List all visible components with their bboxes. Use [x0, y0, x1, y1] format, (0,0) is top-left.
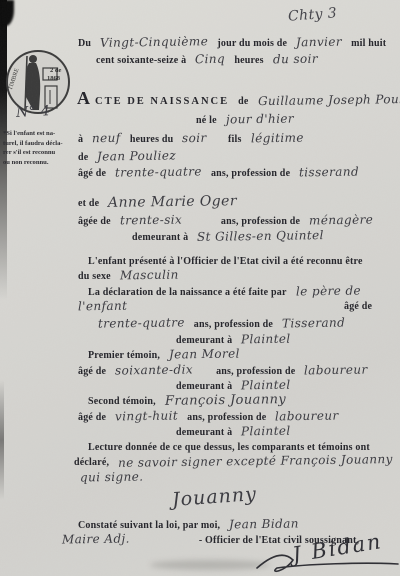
handwritten-text: St Gilles-en Quintel — [197, 228, 324, 244]
printed-text: Second témoin, — [88, 396, 156, 407]
handwritten-text: Tisserand — [282, 316, 345, 331]
printed-text: A — [77, 88, 91, 108]
printed-text: demeurant à — [132, 232, 188, 243]
handwritten-text: N° 4 — [16, 103, 51, 121]
printed-text: à — [78, 134, 83, 145]
handwritten-text: trente-quatre — [115, 164, 202, 179]
handwritten-text: neuf — [92, 131, 121, 145]
printed-text: âgé de — [78, 168, 106, 179]
printed-text: âgé de — [78, 412, 106, 423]
printed-text: heures — [234, 55, 263, 66]
lecture-line-3: qui signe. — [80, 468, 148, 486]
printed-text: Du — [78, 38, 91, 49]
printed-text: ans, profession de — [211, 168, 290, 179]
handwritten-text: laboureur — [304, 363, 368, 378]
handwritten-signature: Jouanny — [171, 483, 257, 511]
scan-edge-artifact — [0, 380, 4, 500]
birth-date-line: né le jour d'hier — [196, 110, 299, 128]
handwritten-text: Chty 3 — [288, 5, 338, 24]
printed-text: de — [78, 152, 88, 163]
handwritten-text: qui signe. — [80, 470, 144, 485]
date-line-2: cent soixante-seize à Cinq heures du soi… — [96, 50, 323, 68]
margin-note-line: rer s'il est reconnu — [3, 148, 79, 158]
handwritten-text: Masculin — [120, 268, 179, 283]
handwritten-text: Plaintel — [241, 332, 291, 347]
handwritten-text: du soir — [273, 52, 318, 67]
birth-time-line: à neuf heures du soir fils légitime — [78, 129, 308, 147]
handwritten-text: l'enfant — [78, 299, 128, 314]
handwritten-text: trente-quatre — [98, 315, 185, 330]
printed-text: du sexe — [78, 271, 111, 282]
printed-text: et de — [78, 198, 99, 209]
acte-header-line: A CTE DE NAISSANCE de Guillaume Joseph P… — [77, 88, 400, 109]
handwritten-text: ménagère — [309, 213, 373, 228]
margin-note-line: *Si l'enfant est na- — [3, 129, 79, 139]
father-age-line: âgé de trente-quatre ans, profession de … — [78, 163, 364, 181]
printed-text: ans, profession de — [221, 216, 300, 227]
printed-text: déclaré, — [74, 457, 109, 468]
printed-text: heures du — [130, 134, 174, 145]
handwritten-text: Jean Morel — [169, 347, 240, 362]
printed-text: fils — [228, 134, 242, 145]
scan-corner-artifact — [0, 0, 14, 26]
handwritten-text: vingt-huit — [115, 409, 178, 424]
printed-text: jour du mois de — [217, 38, 287, 49]
printed-text: né le — [196, 115, 217, 126]
handwritten-text: Maire Adj. — [62, 532, 130, 547]
witness-signature: Jouanny — [172, 486, 262, 508]
scan-smudge — [150, 560, 270, 570]
date-line-1: Du Vingt-Cinquième jour du mois de Janvi… — [78, 33, 391, 51]
stamp-value-text: 2 de — [50, 67, 61, 74]
handwritten-text: trente-six — [120, 213, 182, 228]
handwritten-text: soir — [182, 131, 207, 145]
stamp-year-text: 1868 — [47, 75, 61, 82]
handwritten-text: jour d'hier — [226, 112, 294, 127]
declaration-line-2: l'enfant âgé de — [78, 297, 396, 315]
printed-text: âgé de — [78, 366, 106, 377]
handwritten-text: Janvier — [296, 35, 342, 50]
printed-text: Premier témoin, — [88, 350, 160, 361]
signature-flourish — [255, 550, 400, 576]
mother-residence-line: demeurant à St Gilles-en Quintel — [132, 227, 329, 245]
printed-text: ans, profession de — [194, 319, 273, 330]
printed-text: âgé de — [344, 301, 372, 312]
margin-note-line: turel, il faudra décla- — [3, 139, 79, 149]
birth-certificate-page: Chty 3 2 de 1868 TIMBRE N° 4 *Si l'enfan… — [0, 0, 400, 576]
handwritten-text: Guillaume Joseph Pouliez — [257, 92, 400, 108]
handwritten-text: Cinq — [195, 52, 225, 66]
handwritten-text: Anne Marie Oger — [108, 193, 237, 211]
margin-note: *Si l'enfant est na- turel, il faudra dé… — [3, 129, 79, 167]
handwritten-text: tisserand — [299, 165, 359, 180]
printed-text: de — [238, 96, 248, 107]
printed-text: mil huit — [351, 38, 386, 49]
printed-text: âgée de — [78, 216, 111, 227]
handwritten-text: Vingt-Cinquième — [100, 34, 208, 50]
handwritten-text: Jean Pouliez — [97, 148, 176, 163]
printed-text: cent soixante-seize à — [96, 55, 186, 66]
archival-annotation: Chty 3 — [288, 6, 342, 24]
margin-note-line: ou non reconnu. — [3, 158, 79, 168]
printed-text: CTE DE NAISSANCE — [95, 96, 229, 107]
act-number: N° 4 — [16, 103, 55, 121]
mother-name-line: et de Anne Marie Oger — [78, 193, 242, 211]
handwritten-text: légitime — [250, 131, 303, 146]
handwritten-text: ne savoir signer excepté François Jouann… — [118, 452, 393, 470]
